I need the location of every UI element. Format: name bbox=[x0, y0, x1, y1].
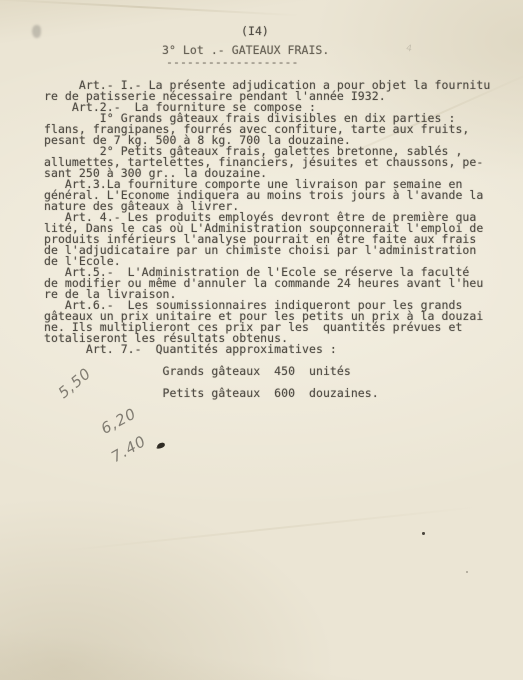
typed-line: Art. 7.- Quantités approximatives : bbox=[44, 344, 514, 355]
typed-line: Petits gâteaux 600 douzaines. bbox=[44, 388, 514, 399]
document-page: 4 (I4) 3° Lot .- GATEAUX FRAIS. --------… bbox=[0, 0, 523, 680]
title-underline: ------------------- bbox=[166, 55, 299, 69]
paper-speck bbox=[466, 571, 468, 573]
paper-crease bbox=[0, 0, 300, 16]
pencil-smudge bbox=[32, 25, 41, 38]
handwritten-price-3: 7.40 bbox=[108, 432, 149, 466]
page-number: (I4) bbox=[241, 24, 269, 38]
typed-line: Grands gâteaux 450 unités bbox=[44, 366, 514, 377]
handwritten-price-2: 6,20 bbox=[98, 404, 139, 437]
paper-crease bbox=[61, 506, 479, 552]
paper-speck bbox=[422, 532, 425, 535]
stray-pencil-mark: 4 bbox=[405, 44, 412, 55]
ink-blot bbox=[156, 442, 165, 449]
typed-body: Art.- I.- La présente adjudication a pou… bbox=[44, 80, 514, 399]
